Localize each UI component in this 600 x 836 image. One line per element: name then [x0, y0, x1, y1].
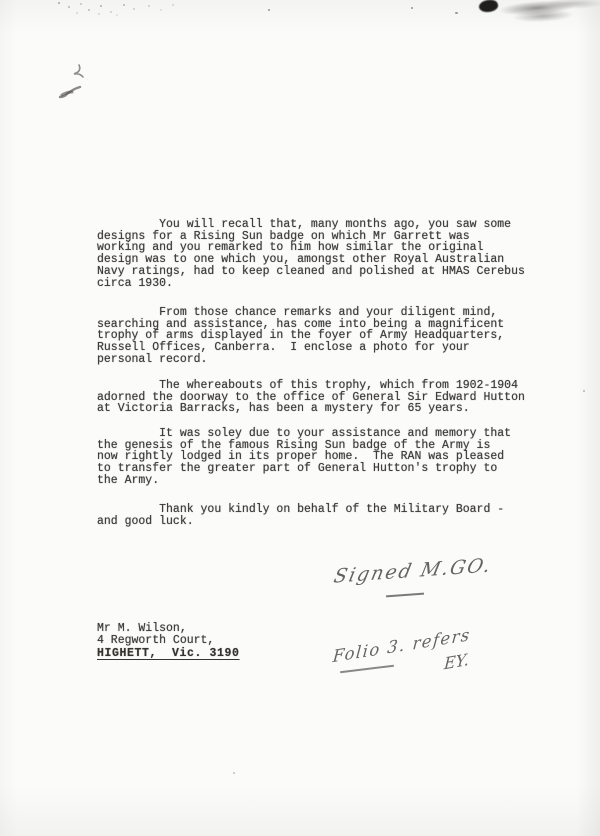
scan-speck: [455, 12, 458, 14]
paragraph-line: personal record.: [97, 354, 572, 366]
paragraph-line: circa 1930.: [97, 278, 572, 290]
paragraph-line: to transfer the greater part of General …: [97, 463, 572, 475]
paper-edge-shading: [0, 0, 600, 836]
paragraph-line: The whereabouts of this trophy, which fr…: [97, 380, 572, 392]
paragraph-line: the Army.: [97, 475, 572, 487]
pencil-marks: [53, 58, 97, 104]
letter-page: You will recall that, many months ago, y…: [0, 0, 600, 836]
scan-speck: [233, 772, 235, 774]
recipient-address: Mr M. Wilson, 4 Regworth Court, HIGHETT,…: [97, 623, 240, 660]
annotation-initials: EY.: [444, 650, 470, 674]
signature-underline: [386, 593, 424, 597]
paragraph-3: The whereabouts of this trophy, which fr…: [97, 380, 572, 415]
ink-blot: [478, 0, 499, 14]
recipient-suburb: HIGHETT, Vic. 3190: [97, 648, 240, 660]
paragraph-2: From those chance remarks and your dilig…: [97, 307, 572, 366]
scan-speckles: [58, 2, 60, 4]
paragraph-line: and good luck.: [97, 516, 572, 528]
paragraph-line: From those chance remarks and your dilig…: [97, 307, 572, 319]
scan-speck: [583, 390, 585, 392]
scan-speck: [268, 9, 270, 11]
paragraph-line: Thank you kindly on behalf of the Milita…: [97, 504, 572, 516]
paragraph-line: Navy ratings, had to keep cleaned and po…: [97, 266, 572, 278]
paragraph-5: Thank you kindly on behalf of the Milita…: [97, 504, 572, 527]
folio-underline: [340, 665, 394, 673]
paragraph-line: at Victoria Barracks, has been a mystery…: [97, 403, 572, 415]
paragraph-line: It was soley due to your assistance and …: [97, 428, 572, 440]
paragraph-1: You will recall that, many months ago, y…: [97, 219, 572, 289]
signature-handwriting: Signed M.GO.: [332, 554, 494, 587]
recipient-street: 4 Regworth Court,: [97, 635, 240, 647]
scan-speck: [411, 7, 413, 9]
paragraph-line: You will recall that, many months ago, y…: [97, 219, 572, 231]
paragraph-4: It was soley due to your assistance and …: [97, 428, 572, 487]
